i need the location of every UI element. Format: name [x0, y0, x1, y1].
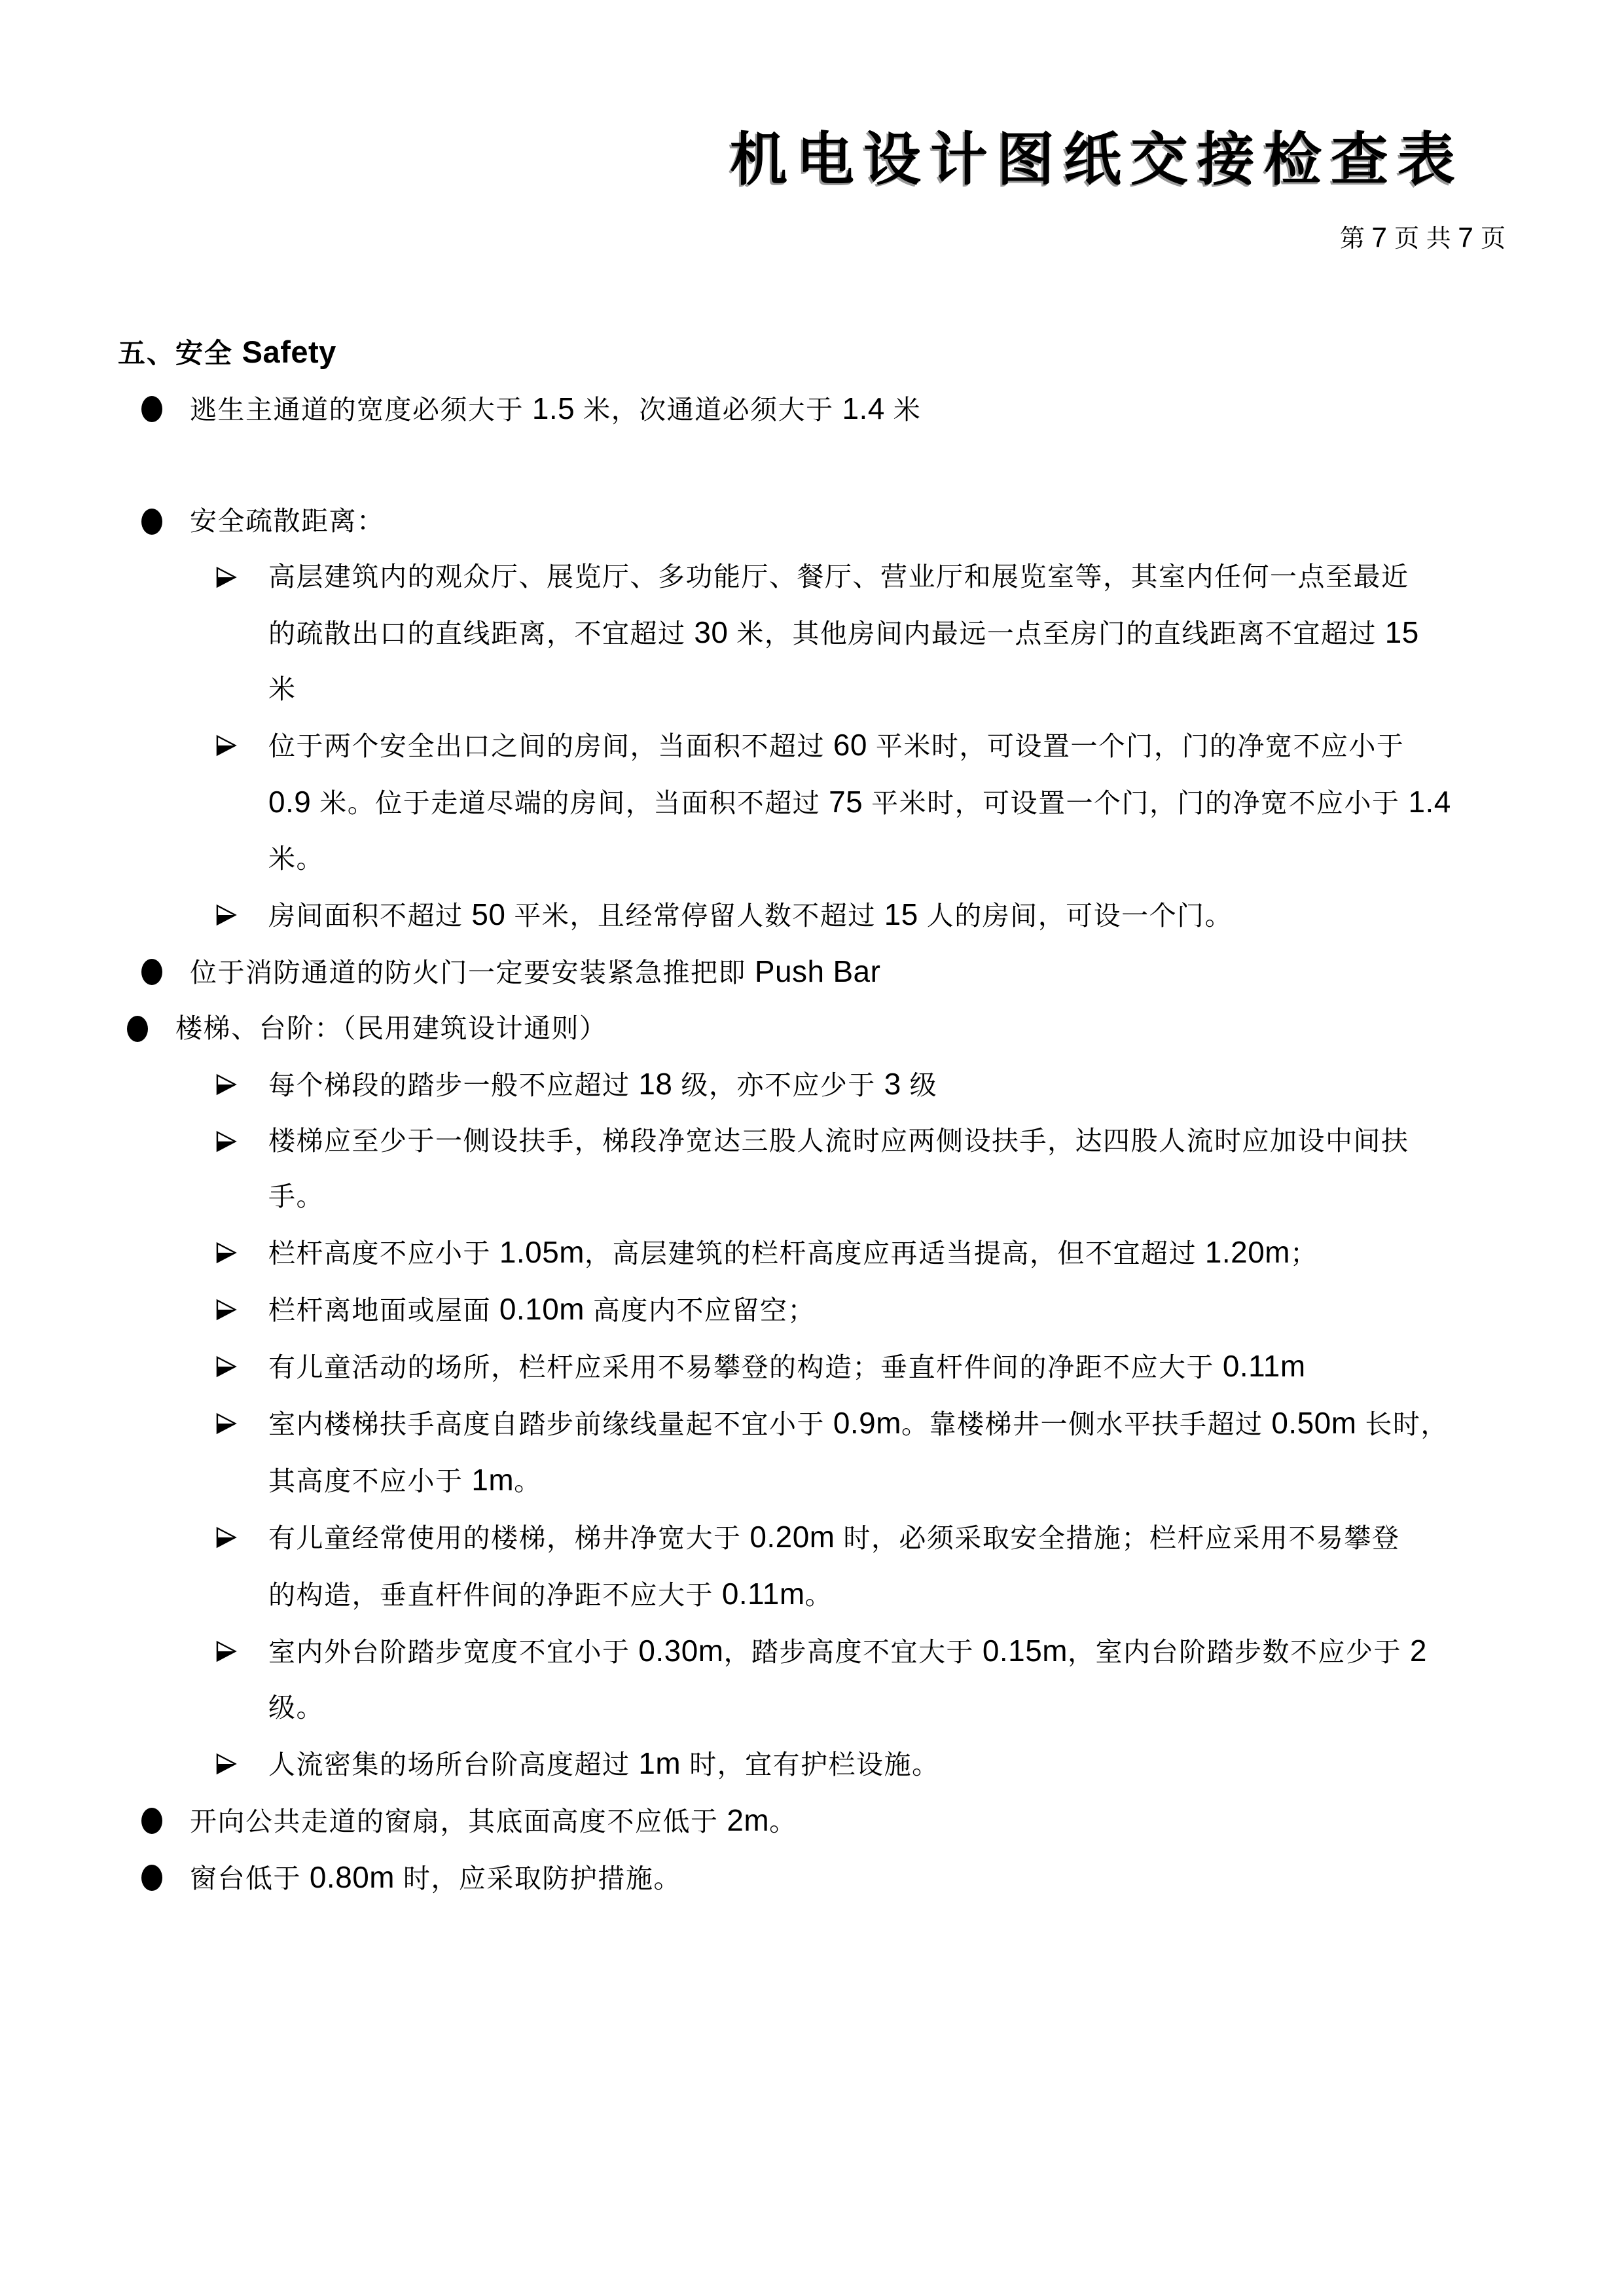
arrowhead-bullet-icon — [213, 1639, 238, 1664]
text-line: 有儿童活动的场所，栏杆应采用不易攀登的构造；垂直杆件间的净距不应大于 0.11m — [118, 1338, 1559, 1395]
list-item: 有儿童活动的场所，栏杆应采用不易攀登的构造；垂直杆件间的净距不应大于 0.11m — [118, 1338, 1559, 1395]
disc-bullet-icon — [141, 509, 162, 535]
text-line: 开向公共走道的窗扇，其底面高度不应低于 2m。 — [118, 1793, 1559, 1850]
disc-bullet-icon — [141, 396, 162, 422]
arrowhead-bullet-icon — [213, 733, 238, 758]
list-item: 栏杆离地面或屋面 0.10m 高度内不应留空； — [118, 1282, 1559, 1338]
text-line: 其高度不应小于 1m。 — [118, 1452, 1559, 1509]
list-item: 楼梯应至少于一侧设扶手，梯段净宽达三股人流时应两侧设扶手，达四股人流时应加设中间… — [118, 1113, 1559, 1225]
list-item: 人流密集的场所台阶高度超过 1m 时，宜有护栏设施。 — [118, 1736, 1559, 1793]
list-item: 栏杆高度不应小于 1.05m，高层建筑的栏杆高度应再适当提高，但不宜超过 1.2… — [118, 1225, 1559, 1282]
text-line: 每个梯段的踏步一般不应超过 18 级，亦不应少于 3 级 — [118, 1056, 1559, 1113]
text-line: 逃生主通道的宽度必须大于 1.5 米，次通道必须大于 1.4 米 — [118, 381, 1559, 438]
list-item: 位于消防通道的防火门一定要安装紧急推把即 Push Bar — [118, 944, 1559, 1001]
text-line: 安全疏散距离： — [118, 493, 1559, 549]
disc-bullet-icon — [141, 1865, 162, 1891]
text-line: 楼梯应至少于一侧设扶手，梯段净宽达三股人流时应两侧设扶手，达四股人流时应加设中间… — [118, 1113, 1559, 1169]
arrowhead-bullet-icon — [213, 1240, 238, 1265]
list-item: 逃生主通道的宽度必须大于 1.5 米，次通道必须大于 1.4 米 — [118, 381, 1559, 438]
section-heading: 五、安全 Safety — [118, 324, 1559, 381]
text-line: 楼梯、台阶：（民用建筑设计通则） — [103, 1001, 1559, 1056]
text-line: 手。 — [118, 1169, 1559, 1225]
disc-bullet-icon — [127, 1016, 148, 1042]
arrowhead-bullet-icon — [213, 1751, 238, 1776]
text-line: 0.9 米。位于走道尽端的房间，当面积不超过 75 平米时，可设置一个门，门的净… — [118, 774, 1559, 831]
text-line: 有儿童经常使用的楼梯，梯井净宽大于 0.20m 时，必须采取安全措施；栏杆应采用… — [118, 1509, 1559, 1566]
arrowhead-bullet-icon — [213, 1354, 238, 1379]
text-line: 位于消防通道的防火门一定要安装紧急推把即 Push Bar — [118, 944, 1559, 1001]
text-line: 的疏散出口的直线距离，不宜超过 30 米，其他房间内最远一点至房门的直线距离不宜… — [118, 605, 1559, 662]
text-line: 米 — [118, 662, 1559, 717]
document-page: 机电设计图纸交接检查表 第 7 页 共 7 页 五、安全 Safety 逃生主通… — [0, 0, 1624, 2296]
list-item: 位于两个安全出口之间的房间，当面积不超过 60 平米时，可设置一个门，门的净宽不… — [118, 717, 1559, 887]
list-item: 有儿童经常使用的楼梯，梯井净宽大于 0.20m 时，必须采取安全措施；栏杆应采用… — [118, 1509, 1559, 1623]
arrowhead-bullet-icon — [213, 565, 238, 590]
text-line: 人流密集的场所台阶高度超过 1m 时，宜有护栏设施。 — [118, 1736, 1559, 1793]
text-line: 室内外台阶踏步宽度不宜小于 0.30m，踏步高度不宜大于 0.15m，室内台阶踏… — [118, 1623, 1559, 1680]
disc-bullet-icon — [141, 1808, 162, 1834]
list-item: 每个梯段的踏步一般不应超过 18 级，亦不应少于 3 级 — [118, 1056, 1559, 1113]
list-item: 开向公共走道的窗扇，其底面高度不应低于 2m。 — [118, 1793, 1559, 1850]
list-item: 高层建筑内的观众厅、展览厅、多功能厅、餐厅、营业厅和展览室等，其室内任何一点至最… — [118, 549, 1559, 717]
list-item: 窗台低于 0.80m 时，应采取防护措施。 — [118, 1850, 1559, 1907]
disc-bullet-icon — [141, 959, 162, 985]
list-item: 室内楼梯扶手高度自踏步前缘线量起不宜小于 0.9m。靠楼梯井一侧水平扶手超过 0… — [118, 1395, 1559, 1509]
text-line: 窗台低于 0.80m 时，应采取防护措施。 — [118, 1850, 1559, 1907]
text-line: 的构造，垂直杆件间的净距不应大于 0.11m。 — [118, 1566, 1559, 1623]
arrowhead-bullet-icon — [213, 1525, 238, 1550]
arrowhead-bullet-icon — [213, 1129, 238, 1154]
arrowhead-bullet-icon — [213, 1297, 238, 1322]
text-line: 室内楼梯扶手高度自踏步前缘线量起不宜小于 0.9m。靠楼梯井一侧水平扶手超过 0… — [118, 1395, 1559, 1452]
list-item: 安全疏散距离： — [118, 493, 1559, 549]
text-line: 高层建筑内的观众厅、展览厅、多功能厅、餐厅、营业厅和展览室等，其室内任何一点至最… — [118, 549, 1559, 605]
arrowhead-bullet-icon — [213, 903, 238, 927]
text-line: 级。 — [118, 1680, 1559, 1736]
page-indicator: 第 7 页 共 7 页 — [1340, 221, 1506, 255]
list-item: 楼梯、台阶：（民用建筑设计通则） — [103, 1001, 1559, 1056]
page-title: 机电设计图纸交接检查表 — [730, 131, 1464, 188]
text-line: 位于两个安全出口之间的房间，当面积不超过 60 平米时，可设置一个门，门的净宽不… — [118, 717, 1559, 774]
list-item: 室内外台阶踏步宽度不宜小于 0.30m，踏步高度不宜大于 0.15m，室内台阶踏… — [118, 1623, 1559, 1736]
arrowhead-bullet-icon — [213, 1072, 238, 1097]
text-line: 米。 — [118, 831, 1559, 887]
arrowhead-bullet-icon — [213, 1411, 238, 1436]
content-body: 五、安全 Safety 逃生主通道的宽度必须大于 1.5 米，次通道必须大于 1… — [118, 324, 1559, 1907]
text-line: 栏杆离地面或屋面 0.10m 高度内不应留空； — [118, 1282, 1559, 1338]
list-item: 房间面积不超过 50 平米，且经常停留人数不超过 15 人的房间，可设一个门。 — [118, 887, 1559, 944]
text-line: 栏杆高度不应小于 1.05m，高层建筑的栏杆高度应再适当提高，但不宜超过 1.2… — [118, 1225, 1559, 1282]
blank-line — [118, 438, 1559, 493]
text-line: 房间面积不超过 50 平米，且经常停留人数不超过 15 人的房间，可设一个门。 — [118, 887, 1559, 944]
